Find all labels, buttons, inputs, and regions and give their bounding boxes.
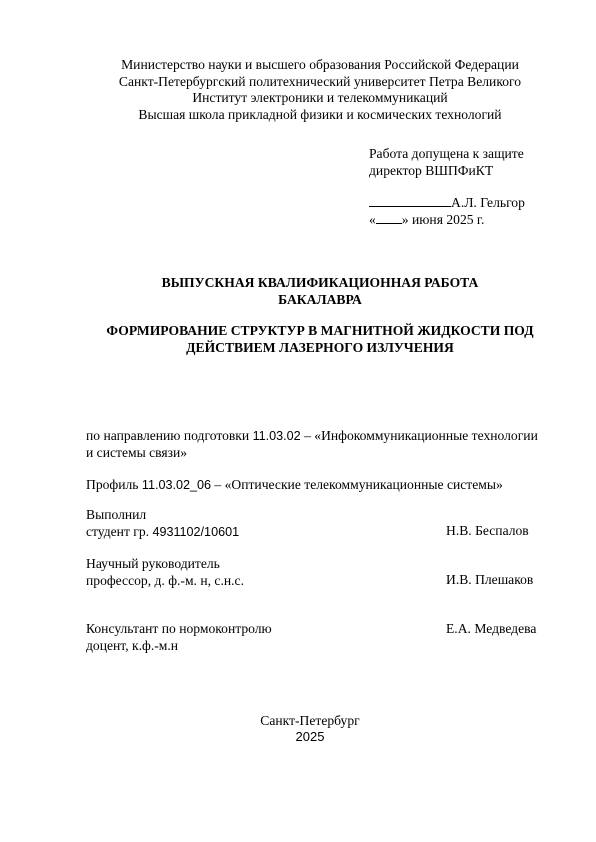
work-type: ВЫПУСКНАЯ КВАЛИФИКАЦИОННАЯ РАБОТА БАКАЛА… (0, 275, 596, 308)
profile-code: 11.03.02_06 (142, 478, 211, 492)
consultant-role: Консультант по нормоконтролю (86, 621, 272, 638)
approver-signature-line: А.Л. Гельгор (369, 195, 525, 212)
university-line: Санкт-Петербургский политехнический унив… (0, 74, 596, 91)
supervisor-title: профессор, д. ф.-м. н, с.н.с. (86, 573, 244, 590)
supervisor-role: Научный руководитель (86, 556, 244, 573)
approver-name: А.Л. Гельгор (451, 195, 525, 210)
signature-supervisor: Научный руководитель профессор, д. ф.-м.… (86, 556, 244, 589)
footer-city: Санкт-Петербург (0, 713, 596, 730)
study-profile: Профиль 11.03.02_06 – «Оптические телеко… (86, 477, 503, 494)
approval-block: Работа допущена к защите директор ВШПФиК… (369, 146, 525, 228)
school-line: Высшая школа прикладной физики и космиче… (0, 107, 596, 124)
approver-position: директор ВШПФиКТ (369, 163, 525, 180)
work-type-line1: ВЫПУСКНАЯ КВАЛИФИКАЦИОННАЯ РАБОТА (0, 275, 596, 292)
footer-year: 2025 (0, 729, 596, 746)
topic-line1: ФОРМИРОВАНИЕ СТРУКТУР В МАГНИТНОЙ ЖИДКОС… (0, 323, 596, 340)
signature-normcontrol: Консультант по нормоконтролю доцент, к.ф… (86, 621, 272, 654)
institute-line: Институт электроники и телекоммуникаций (0, 90, 596, 107)
ministry-line: Министерство науки и высшего образования… (0, 57, 596, 74)
thesis-topic: ФОРМИРОВАНИЕ СТРУКТУР В МАГНИТНОЙ ЖИДКОС… (0, 323, 596, 356)
signature-blank (369, 195, 451, 207)
institution-header: Министерство науки и высшего образования… (0, 57, 596, 123)
consultant-title: доцент, к.ф.-м.н (86, 638, 272, 655)
study-direction: по направлению подготовки 11.03.02 – «Ин… (86, 428, 538, 461)
group-number: 4931102/10601 (152, 525, 239, 539)
author-name: Н.В. Беспалов (446, 523, 529, 540)
author-role: Выполнил (86, 507, 239, 524)
approval-line: Работа допущена к защите (369, 146, 525, 163)
consultant-name: Е.А. Медведева (446, 621, 536, 638)
supervisor-name: И.В. Плешаков (446, 572, 533, 589)
title-page: Министерство науки и высшего образования… (0, 0, 596, 842)
approval-date: «» июня 2025 г. (369, 212, 525, 229)
work-type-line2: БАКАЛАВРА (0, 292, 596, 309)
direction-code: 11.03.02 (253, 429, 301, 443)
date-blank (376, 212, 402, 224)
topic-line2: ДЕЙСТВИЕМ ЛАЗЕРНОГО ИЗЛУЧЕНИЯ (0, 340, 596, 357)
signature-author: Выполнил студент гр. 4931102/10601 (86, 507, 239, 540)
